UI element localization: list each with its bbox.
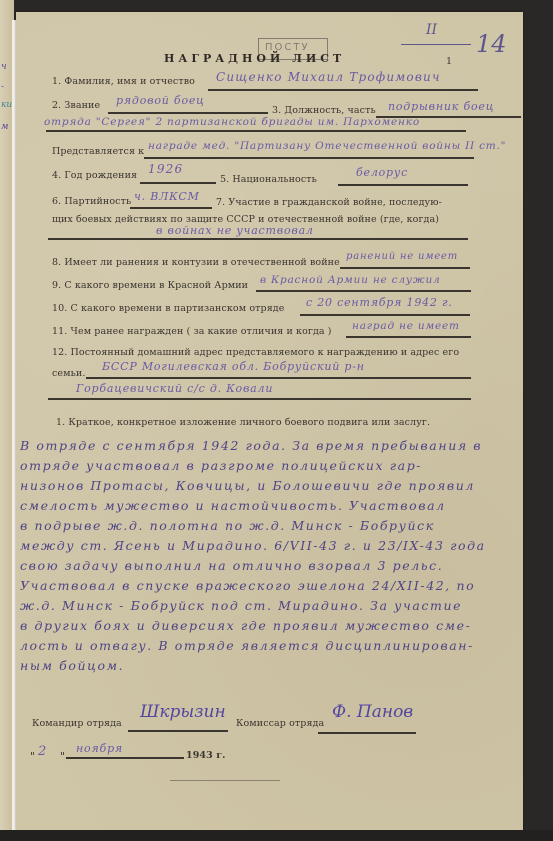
scan-background: [0, 830, 553, 841]
margin-scribble: ки: [1, 100, 12, 110]
narrative-line: в других боях и диверсиях где проявил му…: [20, 616, 515, 636]
commissar-label: Комиссар отряда: [236, 718, 324, 729]
field-value-wounds: ранений не имеет: [346, 251, 458, 262]
field-label-name: 1. Фамилия, имя и отчество: [52, 76, 195, 87]
tick-mark: 1: [446, 56, 452, 67]
field-underline: [46, 130, 466, 132]
commander-label: Командир отряда: [32, 718, 122, 729]
date-year: 1943 г.: [186, 750, 226, 761]
field-value-rank: рядовой боец: [116, 94, 205, 107]
signature-underline: [128, 730, 228, 732]
date-month: ноября: [76, 742, 123, 755]
narrative-line: В отряде с сентября 1942 года. За время …: [20, 436, 515, 456]
narrative-line: отряде участвовал в разгроме полицейских…: [20, 456, 515, 476]
feat-narrative: В отряде с сентября 1942 года. За время …: [20, 436, 515, 676]
field-underline: [86, 377, 471, 379]
field-underline: [48, 238, 468, 240]
date-day: 2: [38, 744, 47, 759]
date-quote-open: ": [30, 750, 35, 763]
narrative-line: низонов Протасы, Ковчицы, и Болошевичи г…: [20, 476, 515, 496]
field-label-red-army: 9. С какого времени в Красной Армии: [52, 280, 248, 291]
field-label-address: 12. Постоянный домашний адрес представля…: [52, 347, 459, 358]
margin-scribble: ч: [1, 62, 7, 72]
document-title: НАГРАДНОЙ ЛИСТ: [164, 52, 345, 65]
field-label-presented: Представляется к: [52, 146, 144, 157]
field-label-party: 6. Партийность: [52, 196, 131, 207]
date-underline: [66, 757, 184, 759]
field-label-civil-war: 7. Участие в гражданской войне, последую…: [216, 197, 442, 208]
field-value-name: Сищенко Михаил Трофимович: [216, 70, 441, 84]
field-value-nationality: белорус: [356, 166, 408, 179]
narrative-line: лость и отвагу. В отряде является дисцип…: [20, 636, 515, 656]
field-underline: [130, 207, 212, 209]
narrative-line: свою задачу выполнил на отлично взорвал …: [20, 556, 515, 576]
field-label-address-cont: семьи.: [52, 368, 85, 379]
field-underline: [300, 314, 470, 316]
field-underline: [108, 112, 268, 114]
commissar-signature: Ф. Панов: [332, 702, 413, 722]
field-value-address: БССР Могилевская обл. Бобруйский р-н: [102, 360, 365, 373]
field-label-rank: 2. Звание: [52, 100, 100, 111]
field-value-birth-year: 1926: [148, 162, 183, 176]
field-value-address-cont: Горбацевичский с/с д. Ковали: [76, 382, 273, 395]
award-sheet-page: ПОСТУ II 14 1 НАГРАДНОЙ ЛИСТ 1. Фамилия,…: [16, 12, 523, 830]
field-value-civil-war: в войнах не участвовал: [156, 224, 314, 237]
field-label-previous-awards: 11. Чем ранее награжден ( за какие отлич…: [52, 326, 332, 337]
narrative-line: ж.д. Минск - Бобруйск под ст. Мирадино. …: [20, 596, 515, 616]
page-number: 14: [476, 30, 507, 58]
margin-scribble: -: [1, 82, 4, 92]
field-value-unit: отряда "Сергея" 2 партизанской бригады и…: [44, 116, 420, 128]
signature-underline: [318, 732, 416, 734]
section-heading-feat: 1. Краткое, конкретное изложение личного…: [56, 417, 430, 428]
field-value-position: подрывник боец: [388, 100, 494, 113]
faint-line: [170, 780, 280, 781]
field-label-nationality: 5. Национальность: [220, 174, 317, 185]
field-label-birth-year: 4. Год рождения: [52, 170, 137, 181]
roman-numeral-mark: II: [426, 22, 437, 38]
field-value-party: ч. ВЛКСМ: [134, 190, 200, 203]
field-value-previous-awards: наград не имеет: [352, 320, 460, 332]
narrative-line: между ст. Ясень и Мирадино. 6/VII-43 г. …: [20, 536, 515, 556]
field-underline: [208, 89, 478, 91]
field-value-red-army: в Красной Армии не служил: [260, 274, 441, 286]
field-underline: [140, 182, 216, 184]
narrative-line: ным бойцом.: [20, 656, 515, 676]
field-value-partisan-since: с 20 сентября 1942 г.: [306, 296, 453, 309]
field-label-partisan-since: 10. С какого времени в партизанском отря…: [52, 303, 284, 314]
field-underline: [338, 184, 468, 186]
margin-scribble: м: [1, 122, 8, 132]
field-underline: [144, 157, 474, 159]
corner-underline: [401, 44, 471, 45]
commander-signature: Шкрызин: [140, 702, 226, 722]
field-value-award: награде мед. "Партизану Отечественной во…: [148, 140, 506, 152]
narrative-line: смелость мужество и настойчивость. Участ…: [20, 496, 515, 516]
narrative-line: Участвовал в спуске вражеского эшелона 2…: [20, 576, 515, 596]
field-label-wounds: 8. Имеет ли ранения и контузии в отечест…: [52, 257, 340, 268]
field-underline: [346, 336, 471, 338]
field-underline: [48, 398, 471, 400]
field-label-position: 3. Должность, часть: [272, 105, 376, 116]
field-underline: [256, 290, 471, 292]
field-underline: [340, 267, 470, 269]
date-quote-close: ": [60, 750, 65, 763]
narrative-line: в подрыве ж.д. полотна по ж.д. Минск - Б…: [20, 516, 515, 536]
